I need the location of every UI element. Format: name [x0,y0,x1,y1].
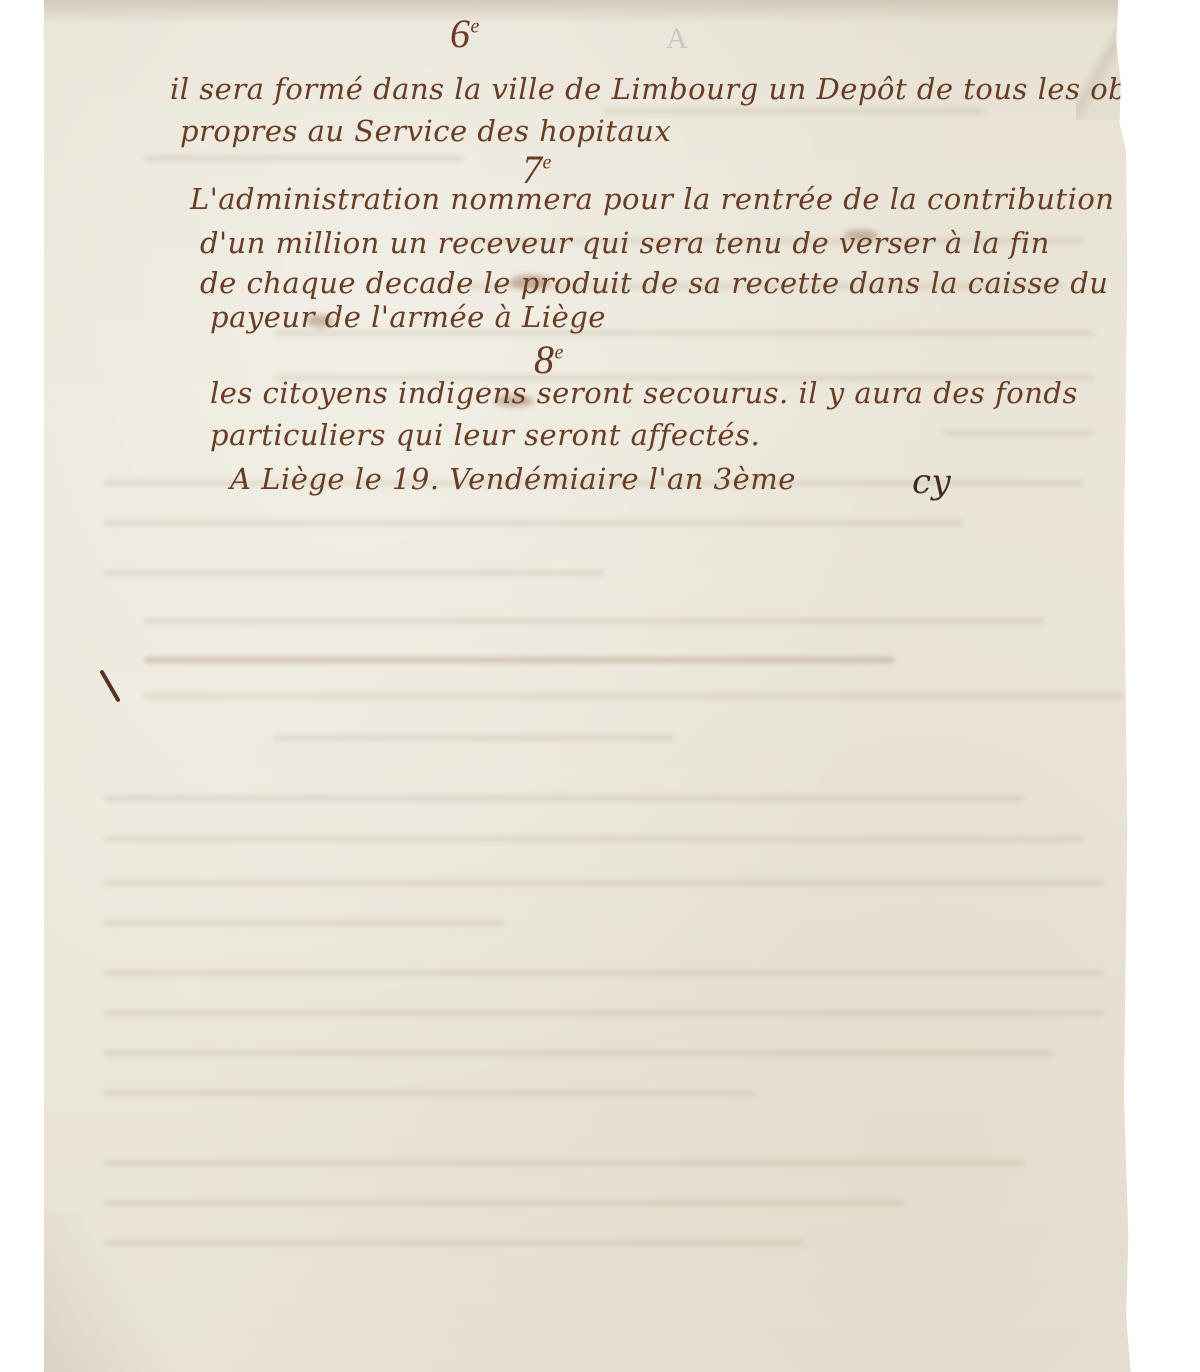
section-number: 6e [450,10,480,57]
manuscript-line: d'un million un receveur qui sera tenu d… [200,226,1050,260]
manuscript-line: L'administration nommera pour la rentrée… [190,182,1114,216]
manuscript-line: de chaque decade le produit de sa recett… [200,266,1108,300]
manuscript-line: payeur de l'armée à Liège [210,300,606,334]
place-and-date: A Liège le 19. Vendémiaire l'an 3ème [230,462,796,496]
margin-mark [99,669,120,702]
manuscript-line: il sera formé dans la ville de Limbourg … [170,72,1182,106]
paper-fold-top [44,0,1146,24]
pencil-corner-mark: A [666,22,688,56]
manuscript-line: particuliers qui leur seront affectés. [210,418,760,452]
manuscript-line: propres au Service des hopitaux [180,114,671,148]
manuscript-page: A 6e il sera formé dans la ville [44,0,1146,1372]
manuscript-line: les citoyens indigens seront secourus. i… [210,376,1078,410]
paper-crease [44,1212,224,1372]
signature-paraph: cy [912,462,951,502]
